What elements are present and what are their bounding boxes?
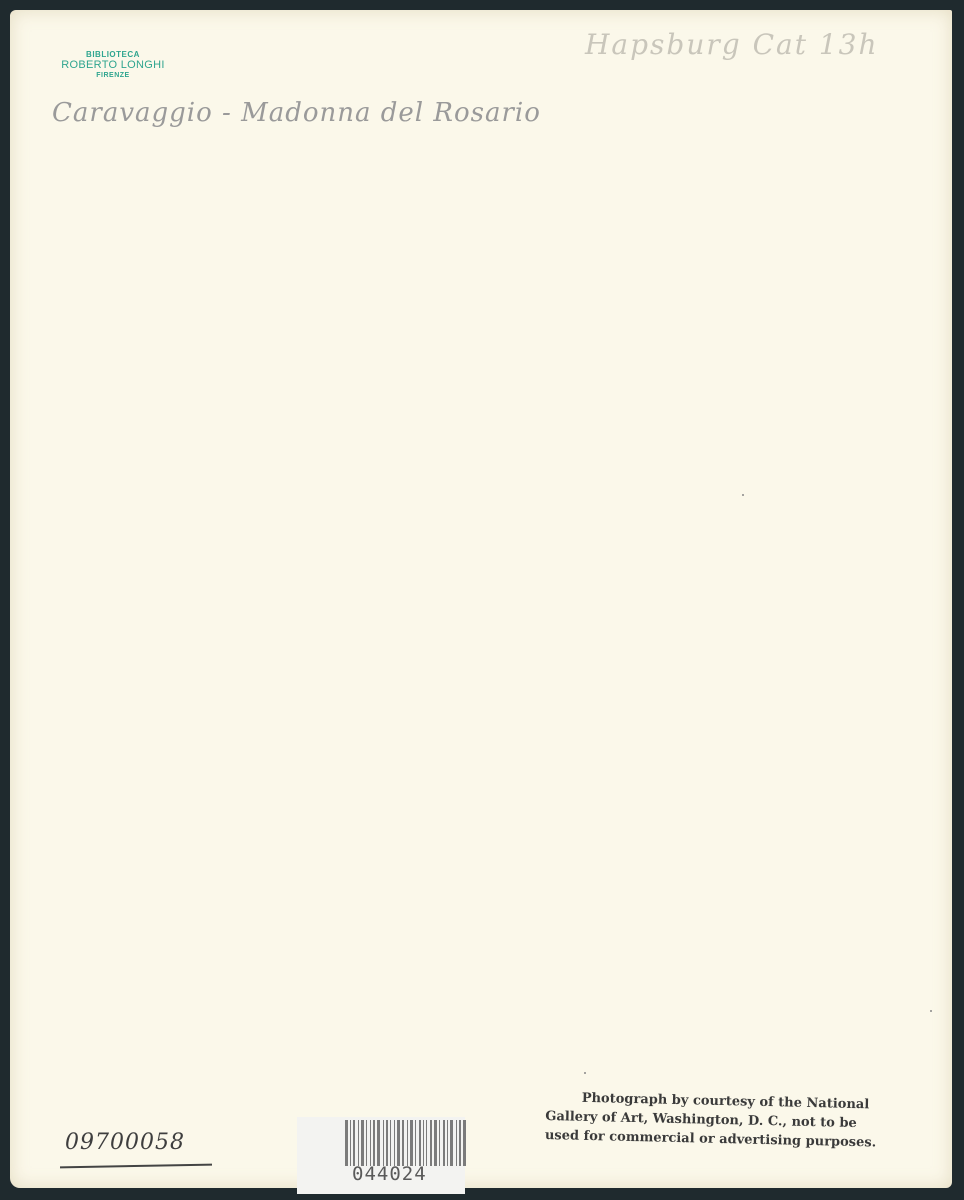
barcode-bar	[366, 1120, 367, 1166]
barcode-bar	[397, 1120, 400, 1166]
barcode-bar	[415, 1120, 416, 1166]
barcode-bar	[439, 1120, 440, 1166]
credit-stamp: Photograph by courtesy of the National G…	[545, 1088, 906, 1153]
barcode-bar	[394, 1120, 395, 1166]
barcode-bar	[386, 1120, 388, 1166]
barcode-bar	[370, 1120, 371, 1166]
barcode-bar	[390, 1120, 391, 1166]
barcode-bar	[426, 1120, 427, 1166]
barcode-bar	[407, 1120, 408, 1166]
barcode-bar	[358, 1120, 359, 1166]
handwritten-inventory-number: 09700058	[65, 1130, 185, 1155]
stamp-line-2: ROBERTO LONGHI	[43, 59, 183, 72]
barcode-bar	[350, 1120, 351, 1166]
barcode-bar	[361, 1120, 364, 1166]
handwritten-title: Caravaggio - Madonna del Rosario	[52, 98, 541, 128]
speck	[742, 494, 744, 496]
photo-mount-card: BIBLIOTECA ROBERTO LONGHI FIRENZE Carava…	[10, 10, 952, 1188]
barcode-bar	[423, 1120, 424, 1166]
barcode-bars	[345, 1120, 468, 1166]
speck	[584, 1072, 586, 1074]
barcode-bar	[450, 1120, 453, 1166]
underline	[60, 1164, 212, 1169]
barcode-bar	[353, 1120, 355, 1166]
barcode-bar	[447, 1120, 448, 1166]
barcode-bar	[456, 1120, 457, 1166]
barcode-bar	[463, 1120, 466, 1166]
barcode-number: 044024	[352, 1163, 427, 1185]
speck	[930, 1010, 932, 1012]
barcode-bar	[419, 1120, 421, 1166]
barcode-bar	[373, 1120, 375, 1166]
barcode-bar	[345, 1120, 348, 1166]
barcode-bar	[410, 1120, 413, 1166]
barcode-bar	[459, 1120, 461, 1166]
barcode-label: 044024	[297, 1117, 465, 1194]
barcode-bar	[430, 1120, 432, 1166]
barcode-bar	[377, 1120, 380, 1166]
handwritten-catalog-note: Hapsburg Cat 13h	[585, 28, 879, 61]
barcode-bar	[434, 1120, 437, 1166]
stamp-line-1: BIBLIOTECA	[43, 50, 183, 59]
barcode-bar	[402, 1120, 404, 1166]
stamp-line-3: FIRENZE	[43, 72, 183, 80]
library-stamp: BIBLIOTECA ROBERTO LONGHI FIRENZE	[43, 50, 183, 80]
barcode-bar	[383, 1120, 384, 1166]
barcode-bar	[443, 1120, 445, 1166]
